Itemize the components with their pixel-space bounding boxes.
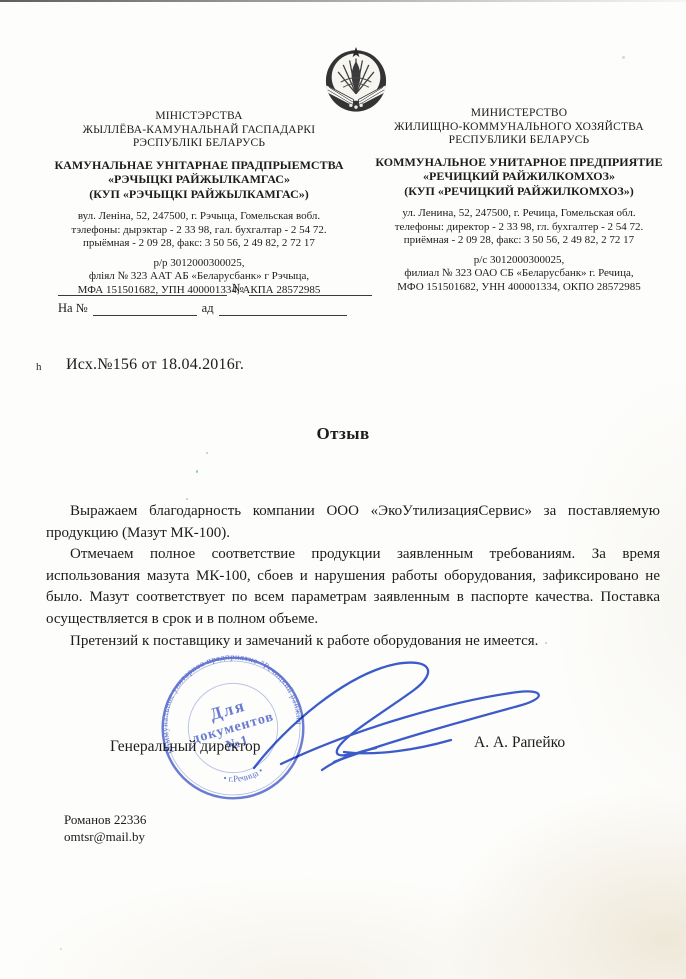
handwritten-signature — [226, 656, 578, 778]
scan-speckle — [545, 642, 547, 644]
scan-speckle — [206, 452, 208, 454]
address-line: ул. Ленина, 52, 247500, г. Речица, Гомел… — [366, 207, 672, 221]
scan-speckle — [186, 498, 188, 500]
letterhead-right-column: МИНИСТЕРСТВО ЖИЛИЩНО-КОММУНАЛЬНОГО ХОЗЯЙ… — [366, 107, 672, 294]
scan-speckle — [622, 56, 625, 59]
bank-line: р/с 3012000300025, — [366, 254, 672, 268]
executor-block: Романов 22336 omtsr@mail.by — [64, 812, 146, 845]
bank-line: р/р 3012000300025, — [48, 257, 350, 271]
company-name-ru: КОММУНАЛЬНОЕ УНИТАРНОЕ ПРЕДПРИЯТИЕ «РЕЧИ… — [366, 155, 672, 199]
outgoing-number-line: № — [58, 280, 372, 296]
executor-name-phone: Романов 22336 — [64, 812, 146, 829]
bank-details-ru: р/с 3012000300025, филиал № 323 ОАО СБ «… — [366, 254, 672, 295]
reply-to-line: На № ад — [58, 300, 372, 316]
blank-line — [58, 282, 227, 296]
bank-line: МФО 151501682, УНН 400001334, ОКПО 28572… — [366, 281, 672, 295]
number-sign-label: № — [227, 281, 249, 296]
company-line: «РЕЧИЦКИЙ РАЙЖИЛКОМХОЗ» — [366, 169, 672, 184]
company-line: КАМУНАЛЬНАЕ УНІТАРНАЕ ПРАДПРЫЕМСТВА — [48, 158, 350, 173]
blank-line — [93, 302, 197, 316]
blank-line — [219, 302, 347, 316]
blank-line — [249, 282, 372, 296]
address-line: приёмная - 2 09 28, факс: 3 50 56, 2 49 … — [366, 234, 672, 248]
scan-speckle — [60, 948, 62, 950]
body-paragraph: Отмечаем полное соответствие продукции з… — [46, 544, 660, 630]
ministry-line: ЖЫЛЛЁВА-КАМУНАЛЬНАЙ ГАСПАДАРКІ — [48, 124, 350, 138]
company-line: КОММУНАЛЬНОЕ УНИТАРНОЕ ПРЕДПРИЯТИЕ — [366, 155, 672, 170]
company-address-by: вул. Леніна, 52, 247500, г. Рэчыца, Гоме… — [48, 210, 350, 251]
letterhead-left-column: МІНІСТЭРСТВА ЖЫЛЛЁВА-КАМУНАЛЬНАЙ ГАСПАДА… — [48, 110, 350, 297]
outgoing-number-date: Исх.№156 от 18.04.2016г. — [66, 356, 244, 374]
address-line: прыёмная - 2 09 28, факс: 3 50 56, 2 49 … — [48, 237, 350, 251]
scan-speckle — [196, 470, 198, 473]
company-line: «РЭЧЫЦКІ РАЙЖЫЛКАМГАС» — [48, 172, 350, 187]
reference-block: № На № ад — [58, 280, 372, 316]
company-name-by: КАМУНАЛЬНАЕ УНІТАРНАЕ ПРАДПРЫЕМСТВА «РЭЧ… — [48, 158, 350, 202]
company-address-ru: ул. Ленина, 52, 247500, г. Речица, Гомел… — [366, 207, 672, 248]
body-paragraph: Выражаем благодарность компании ООО «Эко… — [46, 501, 660, 544]
executor-email: omtsr@mail.by — [64, 829, 146, 846]
ministry-line: МИНИСТЕРСТВО — [366, 107, 672, 121]
letter-title: Отзыв — [0, 424, 686, 444]
company-line: (КУП «РЭЧЫЦКІ РАЙЖЫЛКАМГАС») — [48, 187, 350, 202]
address-line: вул. Леніна, 52, 247500, г. Рэчыца, Гоме… — [48, 210, 350, 224]
ministry-line: РЕСПУБЛИКИ БЕЛАРУСЬ — [366, 134, 672, 148]
scan-margin-mark: h — [36, 361, 42, 373]
bank-line: филиал № 323 ОАО СБ «Беларусбанк» г. Реч… — [366, 267, 672, 281]
address-line: тэлефоны: дырэктар - 2 33 98, гал. бухга… — [48, 224, 350, 238]
scan-top-edge-artifact — [0, 0, 686, 2]
ministry-line: МІНІСТЭРСТВА — [48, 110, 350, 124]
letter-body: Выражаем благодарность компании ООО «Эко… — [46, 501, 660, 652]
belarus-coat-of-arms-icon — [324, 44, 388, 114]
ministry-name-by: МІНІСТЭРСТВА ЖЫЛЛЁВА-КАМУНАЛЬНАЙ ГАСПАДА… — [48, 110, 350, 151]
na-number-label: На № — [58, 301, 93, 316]
ministry-name-ru: МИНИСТЕРСТВО ЖИЛИЩНО-КОММУНАЛЬНОГО ХОЗЯЙ… — [366, 107, 672, 148]
body-paragraph: Претензий к поставщику и замечаний к раб… — [46, 631, 660, 653]
ministry-line: ЖИЛИЩНО-КОММУНАЛЬНОГО ХОЗЯЙСТВА — [366, 121, 672, 135]
ministry-line: РЭСПУБЛІКІ БЕЛАРУСЬ — [48, 137, 350, 151]
scanned-letter-page: МІНІСТЭРСТВА ЖЫЛЛЁВА-КАМУНАЛЬНАЙ ГАСПАДА… — [0, 0, 686, 979]
company-line: (КУП «РЕЧИЦКИЙ РАЙЖИЛКОМХОЗ») — [366, 184, 672, 199]
address-line: телефоны: директор - 2 33 98, гл. бухгал… — [366, 221, 672, 235]
ad-label: ад — [197, 301, 219, 316]
